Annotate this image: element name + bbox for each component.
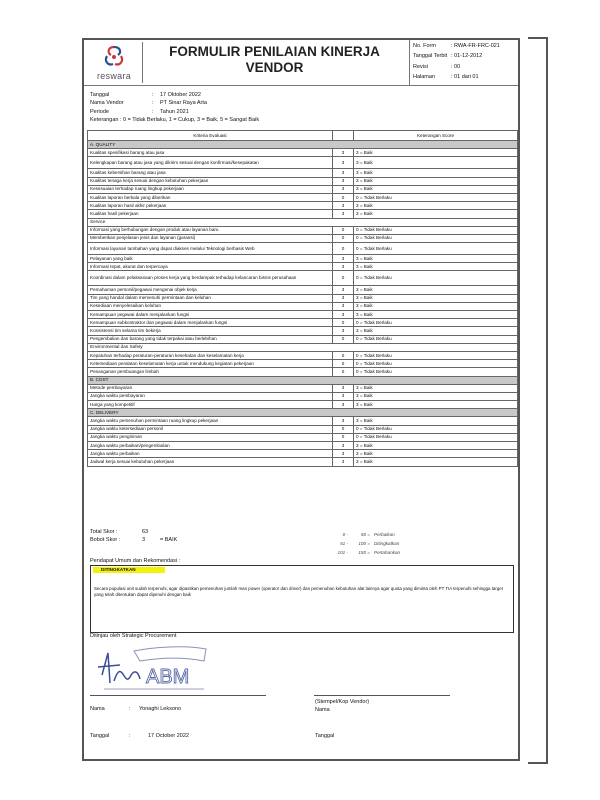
- col-score: [333, 131, 354, 141]
- title-line-2: VENDOR: [142, 60, 407, 76]
- left-signature-line: [90, 695, 266, 696]
- score-note-cell: 3 = Baik: [354, 294, 518, 302]
- score-note-cell: 0 = Tidak Berlaku: [354, 335, 518, 343]
- score-note-cell: 0 = Tidak Berlaku: [354, 243, 518, 255]
- score-cell: 3: [333, 417, 354, 425]
- table-row: Jangka waktu pemenuhan permintaan ruang …: [88, 417, 518, 425]
- table-row: Ketersediaan peralatan keselamatan kerja…: [88, 360, 518, 368]
- recommendation-badge: DITINGKATKAN: [93, 567, 165, 573]
- score-cell: 3: [333, 149, 354, 157]
- table-row: Kesediaan menyelesaikan keluhan33 = Baik: [88, 302, 518, 310]
- approval-label: Ditinjau oleh Strategic Procurement: [90, 633, 177, 639]
- table-row: Kualitas spesifikasi barang atau jasa33 …: [88, 149, 518, 157]
- form-header: reswara FORMULIR PENILAIAN KINERJA VENDO…: [84, 40, 518, 86]
- criteria-cell: Informasi layanan tambahan yang dapat di…: [88, 243, 333, 255]
- right-signature-line: [314, 695, 450, 696]
- criteria-cell: Tim yang handal dalam memenuhi permintaa…: [88, 294, 333, 302]
- table-row: Metode pembayaran33 = Baik: [88, 384, 518, 392]
- score-cell: 0: [333, 271, 354, 286]
- recommendation-text: Secara populasi unit sudah terpenuhi, ag…: [94, 586, 510, 598]
- table-row: Konsistensi tim selama tim bekerja33 = B…: [88, 327, 518, 335]
- section-label: B. COST: [88, 376, 518, 384]
- table-row: Jangka waktu ketersediaan personil00 = T…: [88, 425, 518, 433]
- section-header-row: B. COST: [88, 376, 518, 384]
- score-cell: 0: [333, 351, 354, 359]
- score-note-cell: 0 = Tidak Berlaku: [354, 425, 518, 433]
- right-date-label: Tanggal: [315, 733, 334, 739]
- score-cell: 0: [333, 234, 354, 242]
- score-cell: 0: [333, 368, 354, 376]
- score-note-cell: 0 = Tidak Berlaku: [354, 433, 518, 441]
- table-row: Tim yang handal dalam memenuhi permintaa…: [88, 294, 518, 302]
- score-cell: 3: [333, 177, 354, 185]
- section-label: Environmental dan Safety: [88, 343, 518, 351]
- subsection-row: Service: [88, 218, 518, 226]
- score-note-cell: 3 = Baik: [354, 401, 518, 409]
- table-row: Kualitas hasil pekerjaan33 = Baik: [88, 210, 518, 218]
- criteria-cell: Pengembalian dan barang yang tidak terpa…: [88, 335, 333, 343]
- score-note-cell: 3 = Baik: [354, 210, 518, 218]
- score-note-cell: 3 = Baik: [354, 327, 518, 335]
- criteria-cell: Kualitas tenaga kerja sesuai dengan kebu…: [88, 177, 333, 185]
- score-cell: 0: [333, 193, 354, 201]
- table-row: Kualitas kebersihan barang atau jasa33 =…: [88, 169, 518, 177]
- table-row: Jangka waktu pengiriman00 = Tidak Berlak…: [88, 433, 518, 441]
- table-row: Pelayanan yang baik33 = Baik: [88, 255, 518, 263]
- score-note-cell: 0 = Tidak Berlaku: [354, 360, 518, 368]
- table-row: Jangka waktu pembayaran33 = Baik: [88, 392, 518, 400]
- criteria-cell: Kepatuhan terhadap peraturan-peraturan k…: [88, 351, 333, 359]
- table-row: Kualitas laporan berkala yang diberikan0…: [88, 193, 518, 201]
- criteria-cell: Jangka waktu ketersediaan personil: [88, 425, 333, 433]
- table-row: Informasi tepat, akurat dan terpercaya33…: [88, 263, 518, 271]
- table-row: Memberikan penjelasan jenis dan layanan …: [88, 234, 518, 242]
- section-label: A. QUALITY: [88, 141, 518, 149]
- score-note-cell: 3 = Baik: [354, 417, 518, 425]
- score-cell: 3: [333, 458, 354, 466]
- criteria-cell: Penanganan pembuangan limbah: [88, 368, 333, 376]
- left-name-value: Yonaghi Leksono: [139, 706, 181, 712]
- table-row: Jangka waktu perbaikan33 = Baik: [88, 450, 518, 458]
- score-cell: 0: [333, 433, 354, 441]
- score-note-cell: 3 = Baik: [354, 286, 518, 294]
- criteria-cell: Kesediaan menyelesaikan keluhan: [88, 302, 333, 310]
- table-row: Kualitas laporan hasil akhir pekerjaan33…: [88, 202, 518, 210]
- criteria-cell: Jangka waktu pemenuhan permintaan ruang …: [88, 417, 333, 425]
- criteria-cell: Kemampuan subkontraktor dan pegawai dala…: [88, 319, 333, 327]
- score-note-cell: 3 = Baik: [354, 392, 518, 400]
- criteria-cell: Kualitas laporan hasil akhir pekerjaan: [88, 202, 333, 210]
- table-row: Koordinasi dalam pelaksanaan proses kerj…: [88, 271, 518, 286]
- score-cell: 3: [333, 255, 354, 263]
- score-note-cell: 0 = Tidak Berlaku: [354, 368, 518, 376]
- reswara-logo-icon: [102, 44, 126, 70]
- table-row: Kelengkapan barang atau jasa yang dikiri…: [88, 157, 518, 169]
- section-label: C. DELIVERY: [88, 409, 518, 417]
- score-cell: 3: [333, 302, 354, 310]
- score-cell: 3: [333, 384, 354, 392]
- criteria-cell: Kualitas laporan berkala yang diberikan: [88, 193, 333, 201]
- score-note-cell: 3 = Baik: [354, 384, 518, 392]
- criteria-cell: Kualitas spesifikasi barang atau jasa: [88, 149, 333, 157]
- table-row: Penanganan pembuangan limbah00 = Tidak B…: [88, 368, 518, 376]
- score-note-cell: 3 = Baik: [354, 202, 518, 210]
- form-meta: No. Form: RWA-FR-FRC-021 Tanggal Terbit:…: [409, 40, 519, 85]
- right-name-label: Nama: [315, 707, 330, 713]
- left-name-label: Nama: [90, 706, 105, 712]
- recommendation-label: Pendapat Umum dan Rekomendasi :: [90, 558, 180, 564]
- score-note-cell: 3 = Baik: [354, 442, 518, 450]
- criteria-cell: Jangka waktu pengiriman: [88, 433, 333, 441]
- col-keterangan: Keterangan Score: [354, 131, 518, 141]
- criteria-cell: Kemampuan pegawai dalam menjalankan fung…: [88, 311, 333, 319]
- score-note-cell: 0 = Tidak Berlaku: [354, 271, 518, 286]
- score-cell: 3: [333, 327, 354, 335]
- table-row: Pemahaman personil/pegawai mengenai obje…: [88, 286, 518, 294]
- score-note-cell: 3 = Baik: [354, 311, 518, 319]
- criteria-cell: Kelengkapan barang atau jasa yang dikiri…: [88, 157, 333, 169]
- vendor-stamp-caption: (Stempel/Kop Vendor): [315, 699, 369, 705]
- score-note-cell: 3 = Baik: [354, 177, 518, 185]
- criteria-cell: Informasi tepat, akurat dan terpercaya: [88, 263, 333, 271]
- score-cell: 0: [333, 226, 354, 234]
- score-note-cell: 3 = Baik: [354, 157, 518, 169]
- criteria-cell: Kualitas kebersihan barang atau jasa: [88, 169, 333, 177]
- left-date-value: 17 October 2022: [148, 733, 189, 739]
- score-note-cell: 3 = Baik: [354, 450, 518, 458]
- criteria-cell: Jangka waktu perbaikan: [88, 450, 333, 458]
- logo-text: reswara: [86, 71, 142, 81]
- evaluation-table: Kriteria Evaluasi Keterangan Score A. QU…: [87, 130, 518, 467]
- vendor-evaluation-form: reswara FORMULIR PENILAIAN KINERJA VENDO…: [82, 38, 520, 761]
- criteria-cell: Memberikan penjelasan jenis dan layanan …: [88, 234, 333, 242]
- criteria-cell: Jangka waktu perbaikan/pengembalian: [88, 442, 333, 450]
- table-row: Informasi yang berhubungan dengan produk…: [88, 226, 518, 234]
- col-kriteria: Kriteria Evaluasi: [88, 131, 333, 141]
- score-cell: 0: [333, 335, 354, 343]
- table-row: Pengembalian dan barang yang tidak terpa…: [88, 335, 518, 343]
- section-header-row: A. QUALITY: [88, 141, 518, 149]
- subsection-row: Environmental dan Safety: [88, 343, 518, 351]
- score-note-cell: 3 = Baik: [354, 169, 518, 177]
- score-note-cell: 0 = Tidak Berlaku: [354, 319, 518, 327]
- score-cell: 3: [333, 263, 354, 271]
- table-row: Kualitas tenaga kerja sesuai dengan kebu…: [88, 177, 518, 185]
- score-note-cell: 3 = Baik: [354, 185, 518, 193]
- score-cell: 3: [333, 442, 354, 450]
- score-cell: 3: [333, 392, 354, 400]
- left-date-colon: :: [129, 733, 131, 739]
- signature-icon: ABM: [94, 643, 214, 695]
- table-row: Kemampuan subkontraktor dan pegawai dala…: [88, 319, 518, 327]
- table-row: Harga yang kompetitif33 = Baik: [88, 401, 518, 409]
- score-legend: Keterangan : 0 = Tidak Berlaku, 1 = Cuku…: [90, 117, 259, 123]
- back-sheet-border: [528, 37, 548, 764]
- table-header-row: Kriteria Evaluasi Keterangan Score: [88, 131, 518, 141]
- score-note-cell: 3 = Baik: [354, 255, 518, 263]
- score-cell: 3: [333, 169, 354, 177]
- score-cell: 3: [333, 286, 354, 294]
- recommendation-box: DITINGKATKAN Secara populasi unit sudah …: [90, 565, 514, 633]
- criteria-cell: Ketersediaan peralatan keselamatan kerja…: [88, 360, 333, 368]
- score-note-cell: 3 = Baik: [354, 458, 518, 466]
- criteria-cell: Pemahaman personil/pegawai mengenai obje…: [88, 286, 333, 294]
- criteria-cell: Informasi yang berhubungan dengan produk…: [88, 226, 333, 234]
- table-row: Jangka waktu perbaikan/pengembalian33 = …: [88, 442, 518, 450]
- table-row: Jadwal kerja sesuai kebutuhan pekerjaan3…: [88, 458, 518, 466]
- criteria-cell: Harga yang kompetitif: [88, 401, 333, 409]
- section-label: Service: [88, 218, 518, 226]
- score-note-cell: 3 = Baik: [354, 302, 518, 310]
- score-note-cell: 3 = Baik: [354, 263, 518, 271]
- table-row: Informasi layanan tambahan yang dapat di…: [88, 243, 518, 255]
- score-cell: 3: [333, 185, 354, 193]
- score-note-cell: 0 = Tidak Berlaku: [354, 193, 518, 201]
- score-note-cell: 0 = Tidak Berlaku: [354, 351, 518, 359]
- score-cell: 3: [333, 202, 354, 210]
- criteria-cell: Metode pembayaran: [88, 384, 333, 392]
- score-cell: 3: [333, 157, 354, 169]
- title-line-1: FORMULIR PENILAIAN KINERJA: [142, 44, 407, 60]
- criteria-cell: Pelayanan yang baik: [88, 255, 333, 263]
- score-cell: 0: [333, 319, 354, 327]
- score-cell: 0: [333, 243, 354, 255]
- svg-text:ABM: ABM: [146, 666, 189, 688]
- score-note-cell: 0 = Tidak Berlaku: [354, 226, 518, 234]
- form-title: FORMULIR PENILAIAN KINERJA VENDOR: [142, 44, 407, 76]
- score-note-cell: 0 = Tidak Berlaku: [354, 234, 518, 242]
- score-cell: 3: [333, 401, 354, 409]
- score-cell: 3: [333, 294, 354, 302]
- criteria-cell: Konsistensi tim selama tim bekerja: [88, 327, 333, 335]
- score-cell: 3: [333, 311, 354, 319]
- section-header-row: C. DELIVERY: [88, 409, 518, 417]
- table-row: Kesesuaian terhadap ruang lingkup pekerj…: [88, 185, 518, 193]
- criteria-cell: Kualitas hasil pekerjaan: [88, 210, 333, 218]
- signature-stamp: ABM: [94, 643, 214, 700]
- criteria-cell: Koordinasi dalam pelaksanaan proses kerj…: [88, 271, 333, 286]
- score-cell: 0: [333, 360, 354, 368]
- criteria-cell: Jangka waktu pembayaran: [88, 392, 333, 400]
- score-note-cell: 3 = Baik: [354, 149, 518, 157]
- score-cell: 3: [333, 450, 354, 458]
- table-row: Kemampuan pegawai dalam menjalankan fung…: [88, 311, 518, 319]
- score-cell: 3: [333, 210, 354, 218]
- left-date-label: Tanggal: [90, 733, 109, 739]
- table-row: Kepatuhan terhadap peraturan-peraturan k…: [88, 351, 518, 359]
- company-logo: reswara: [86, 42, 143, 83]
- criteria-cell: Kesesuaian terhadap ruang lingkup pekerj…: [88, 185, 333, 193]
- criteria-cell: Jadwal kerja sesuai kebutuhan pekerjaan: [88, 458, 333, 466]
- left-name-colon: :: [129, 706, 131, 712]
- score-cell: 0: [333, 425, 354, 433]
